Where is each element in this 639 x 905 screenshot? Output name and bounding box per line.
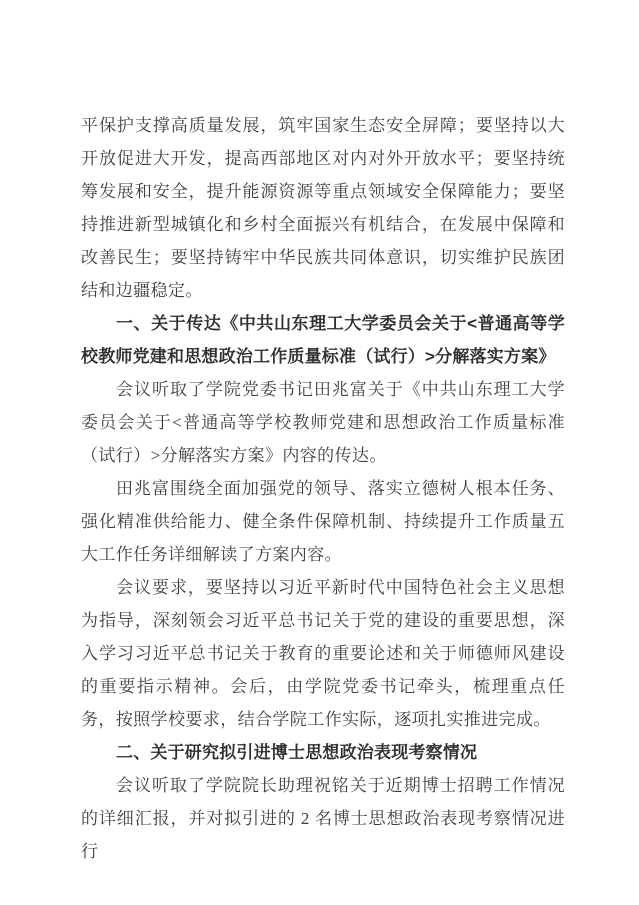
paragraph: 会议听取了学院党委书记田兆富关于《中共山东理工大学委员会关于<普通高等学校教师党… <box>81 373 565 472</box>
section-heading: 二、关于研究拟引进博士思想政治表现考察情况 <box>81 736 565 769</box>
paragraph: 会议听取了学院院长助理祝铭关于近期博士招聘工作情况的详细汇报，并对拟引进的 2 … <box>81 769 565 868</box>
document-page: 平保护支撑高质量发展，筑牢国家生态安全屏障；要坚持以大开放促进大开发，提高西部地… <box>0 0 639 905</box>
document-body: 平保护支撑高质量发展，筑牢国家生态安全屏障；要坚持以大开放促进大开发，提高西部地… <box>81 109 565 868</box>
section-heading: 一、关于传达《中共山东理工大学委员会关于<普通高等学校教师党建和思想政治工作质量… <box>81 307 565 373</box>
paragraph: 平保护支撑高质量发展，筑牢国家生态安全屏障；要坚持以大开放促进大开发，提高西部地… <box>81 109 565 307</box>
paragraph: 田兆富围绕全面加强党的领导、落实立德树人根本任务、强化精准供给能力、健全条件保障… <box>81 472 565 571</box>
paragraph: 会议要求，要坚持以习近平新时代中国特色社会主义思想为指导，深刻领会习近平总书记关… <box>81 571 565 736</box>
